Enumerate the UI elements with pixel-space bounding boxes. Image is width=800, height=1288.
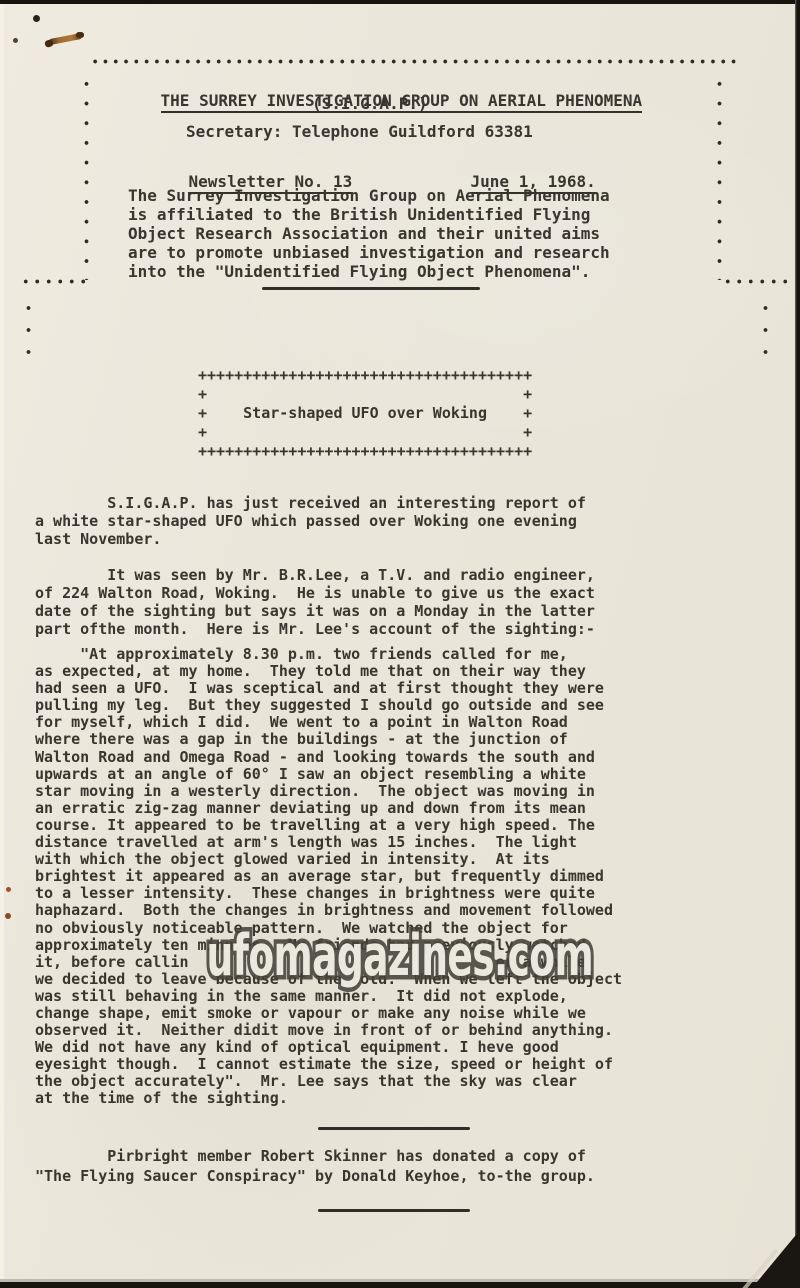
red-speck-2 bbox=[5, 913, 11, 919]
corner-fold bbox=[752, 1230, 800, 1288]
witness-account-paragraph: "At approximately 8.30 p.m. two friends … bbox=[35, 646, 622, 1108]
staple-end-mark-2 bbox=[76, 32, 84, 38]
punch-hole-mark bbox=[33, 15, 40, 22]
staple-end-mark bbox=[44, 39, 54, 48]
article-paragraph-2: It was seen by Mr. B.R.Lee, a T.V. and r… bbox=[35, 566, 595, 638]
footer-top-rule bbox=[318, 1127, 470, 1130]
header-divider-rule bbox=[262, 287, 480, 290]
newsletter-subtitle: (S.I.G.A.P.) bbox=[312, 94, 428, 113]
footer-bottom-rule bbox=[318, 1209, 470, 1212]
scan-edge-left bbox=[0, 0, 4, 1288]
feature-headline-box: +++++++++++++++++++++++++++++++++++++ + … bbox=[198, 366, 532, 461]
dotted-border-top bbox=[90, 58, 740, 65]
scan-edge-right bbox=[795, 0, 800, 1288]
ink-speck bbox=[13, 38, 18, 43]
dotted-border-bottom-right-run bbox=[722, 278, 790, 285]
article-paragraph-1: S.I.G.A.P. has just received an interest… bbox=[35, 494, 586, 548]
affiliation-statement: The Surrey Investigation Group on Aerial… bbox=[128, 186, 610, 281]
dotted-border-bottom-left-run bbox=[20, 278, 90, 285]
watermark: ufomagazines.com ufomagazines.com bbox=[0, 928, 800, 984]
dotted-border-right-tail bbox=[762, 297, 769, 365]
scan-edge-bottom bbox=[0, 1282, 800, 1288]
scanned-newsletter-page: THE SURREY INVESTIGATION GROUP ON AERIAL… bbox=[0, 0, 800, 1288]
footer-note: Pirbright member Robert Skinner has dona… bbox=[35, 1146, 595, 1186]
scan-edge-top bbox=[0, 0, 800, 4]
watermark-text-stack: ufomagazines.com ufomagazines.com bbox=[207, 928, 593, 984]
dotted-border-right bbox=[716, 74, 723, 280]
secretary-line: Secretary: Telephone Guildford 63381 bbox=[186, 122, 533, 141]
dotted-border-left bbox=[83, 74, 90, 280]
watermark-fill-layer: ufomagazines.com bbox=[207, 923, 593, 989]
red-speck-1 bbox=[6, 887, 11, 892]
dotted-border-left-tail bbox=[25, 297, 32, 363]
